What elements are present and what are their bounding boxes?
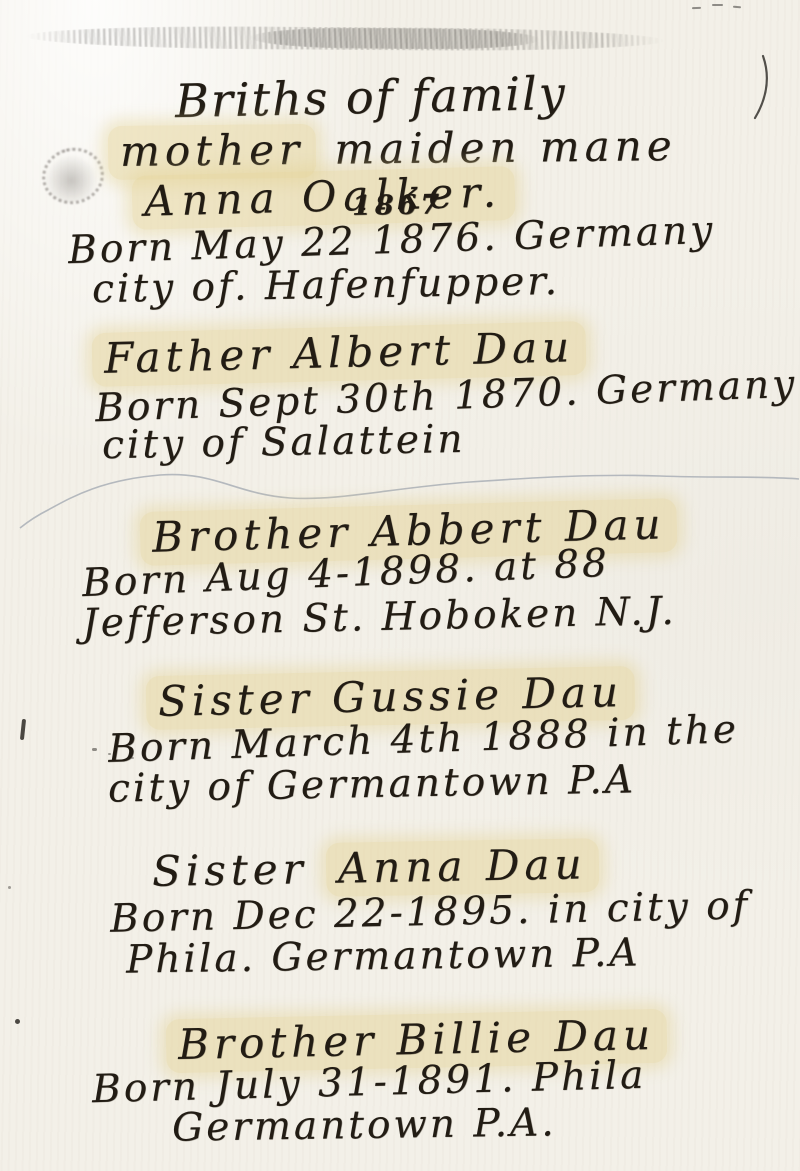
ink-speck	[8, 886, 11, 889]
ink-speck	[92, 748, 97, 751]
mother-city-line: city of. Hafenfupper.	[92, 259, 561, 312]
sister-anna-heading-plain: Sister	[152, 844, 327, 896]
ink-speck	[108, 753, 111, 755]
year-correction: 1867	[352, 189, 444, 222]
mother-heading-line: mother maiden mane	[108, 121, 677, 176]
pen-dash-mark	[712, 4, 723, 6]
ink-speck	[131, 757, 134, 759]
scanned-page: Briths of family mother maiden mane Anna…	[0, 0, 800, 1171]
pen-dash-mark	[733, 6, 741, 9]
ink-speck	[20, 719, 26, 740]
ink-speck	[15, 1019, 20, 1024]
stamp-mark	[36, 141, 110, 210]
pen-dash-mark	[692, 7, 701, 9]
sister-gussie-city-line: city of Germantown P.A	[108, 757, 637, 811]
pen-curve-mark	[735, 52, 780, 124]
sister-anna-city-line: Phila. Germantown P.A	[126, 930, 641, 982]
title-line: Briths of family	[174, 66, 567, 128]
brother-billie-city-line: Germantown P.A.	[172, 1100, 557, 1150]
